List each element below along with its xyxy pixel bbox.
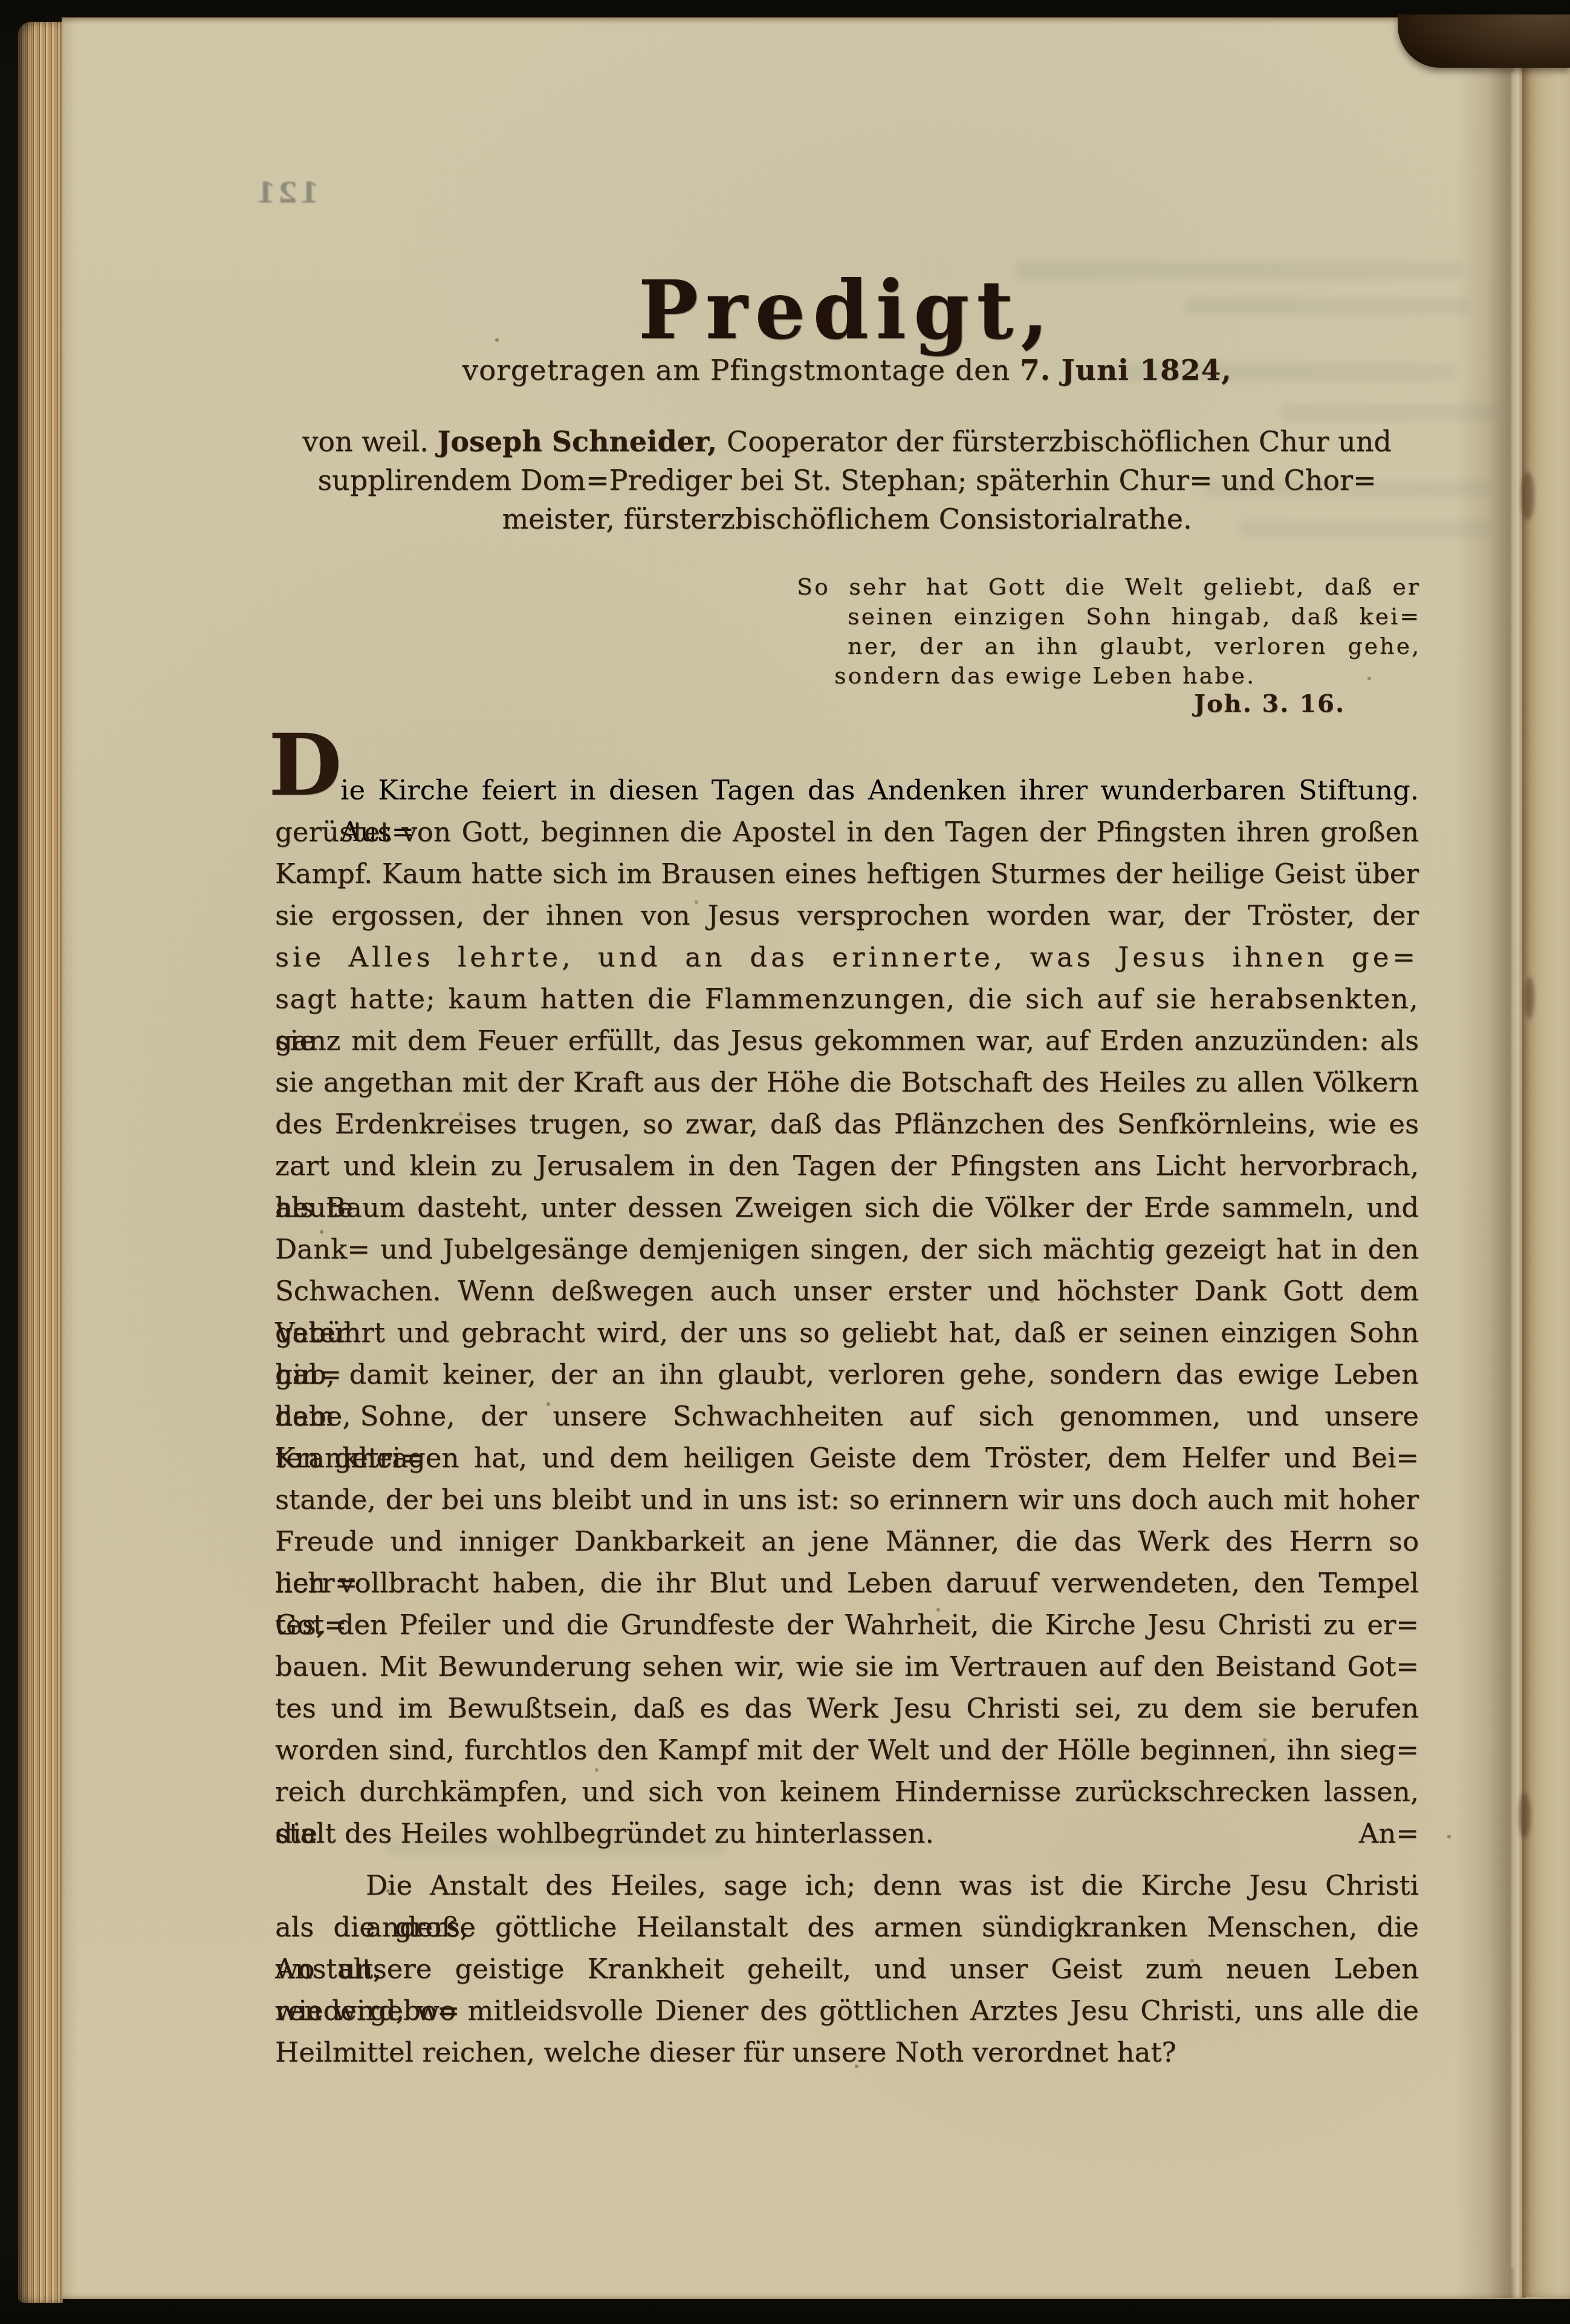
facing-page-sliver: [1522, 24, 1570, 2297]
text-line: So sehr hat Gott die Welt geliebt, daß e…: [797, 572, 1421, 602]
text-line: lich vollbracht haben, die ihr Blut und …: [275, 1562, 1419, 1604]
subtitle-date: 7. Juni 1824,: [1020, 354, 1231, 387]
gutter-shadow: [1456, 17, 1526, 2298]
author-name: Joseph Schneider,: [437, 425, 726, 458]
text-line: als Baum dasteht, unter dessen Zweigen s…: [275, 1186, 1419, 1228]
text-line: des Erdenkreises trugen, so zwar, daß da…: [275, 1103, 1419, 1145]
text-line: bauen. Mit Bewunderung sehen wir, wie si…: [275, 1645, 1419, 1687]
text-line: als die große göttliche Heilanstalt des …: [275, 1906, 1419, 1948]
paragraph-2: Die Anstalt des Heiles, sage ich; denn w…: [275, 1864, 1419, 2073]
cover-corner: [1398, 15, 1570, 68]
text-line: ten getragen hat, und dem heiligen Geist…: [275, 1437, 1419, 1479]
text-line: gebührt und gebracht wird, der uns so ge…: [275, 1312, 1419, 1353]
showthrough-ghost: [1282, 404, 1499, 421]
text-line: gab, damit keiner, der an ihn glaubt, ve…: [275, 1353, 1419, 1395]
scanned-book-page: 121 Predigt, vorgetragen am Pfingstmonta…: [0, 0, 1570, 2324]
text-line: sie angethan mit der Kraft aus der Höhe …: [275, 1061, 1419, 1103]
page-title: Predigt,: [275, 264, 1419, 357]
crease-mark: [1519, 1793, 1531, 1838]
text-line: tes, den Pfeiler und die Grundfeste der …: [275, 1604, 1419, 1645]
text-line: wo unsere geistige Krankheit geheilt, un…: [275, 1948, 1419, 1990]
text-line: sie Alles lehrte, und an das erinnerte, …: [275, 936, 1419, 978]
author-title: Cooperator der fürsterzbischöflichen Chu…: [727, 425, 1392, 458]
text-line: zart und klein zu Jerusalem in den Tagen…: [275, 1145, 1419, 1186]
text-line: Heilmittel reichen, welche dieser für un…: [275, 2031, 1419, 2073]
subtitle-lead: vorgetragen am Pfingstmontage den: [462, 354, 1020, 387]
text-line: ren wird, wo mitleidsvolle Diener des gö…: [275, 1990, 1419, 2031]
page-edge-stack: [18, 22, 63, 2303]
author-block: von weil. Joseph Schneider, Cooperator d…: [275, 422, 1419, 538]
paper-speckles: [0, 0, 2, 2]
text-line: sagt hatte; kaum hatten die Flammenzunge…: [275, 978, 1419, 1020]
text-line: dem Sohne, der unsere Schwachheiten auf …: [275, 1395, 1419, 1437]
text-line: gerüstet von Gott, beginnen die Apostel …: [275, 811, 1419, 853]
text-line: worden sind, furchtlos den Kampf mit der…: [275, 1729, 1419, 1771]
text-line: seinen einzigen Sohn hingab, daß kei=: [797, 602, 1421, 631]
author-line: supplirendem Dom=Prediger bei St. Stepha…: [275, 461, 1419, 500]
epigraph-citation: Joh. 3. 16.: [1194, 689, 1345, 718]
text-line: ie Kirche feiert in diesen Tagen das And…: [275, 769, 1419, 811]
text-line: ner, der an ihn glaubt, verloren gehe,: [797, 631, 1421, 661]
text-line: sondern das ewige Leben habe.: [797, 661, 1421, 691]
gutter-crease-highlight: [1511, 73, 1514, 2268]
epigraph: So sehr hat Gott die Welt geliebt, daß e…: [797, 572, 1421, 691]
text-line: Freude und inniger Dankbarkeit an jene M…: [275, 1520, 1419, 1562]
author-prefix: von weil.: [302, 425, 437, 458]
paragraph-1: ie Kirche feiert in diesen Tagen das And…: [275, 769, 1419, 1854]
text-line: stande, der bei uns bleibt und in uns is…: [275, 1479, 1419, 1520]
text-line: sie ergossen, der ihnen von Jesus verspr…: [275, 894, 1419, 936]
author-line: meister, fürsterzbischöflichem Consistor…: [275, 500, 1419, 538]
crease-mark: [1521, 472, 1534, 520]
subtitle: vorgetragen am Pfingstmontage den 7. Jun…: [275, 354, 1419, 387]
text-line: reich durchkämpfen, und sich von keinem …: [275, 1771, 1419, 1812]
text-line: Schwachen. Wenn deßwegen auch unser erst…: [275, 1270, 1419, 1312]
text-line: ganz mit dem Feuer erfüllt, das Jesus ge…: [275, 1020, 1419, 1061]
text-line: Kampf. Kaum hatte sich im Brausen eines …: [275, 853, 1419, 894]
ghost-page-number: 121: [254, 177, 319, 209]
text-line: Dank= und Jubelgesänge demjenigen singen…: [275, 1228, 1419, 1270]
author-line: von weil. Joseph Schneider, Cooperator d…: [275, 422, 1419, 461]
text-line: tes und im Bewußtsein, daß es das Werk J…: [275, 1687, 1419, 1729]
crease-mark: [1525, 977, 1534, 1019]
paragraph-1-lines: gerüstet von Gott, beginnen die Apostel …: [275, 811, 1419, 1854]
text-line: Die Anstalt des Heiles, sage ich; denn w…: [275, 1864, 1419, 1906]
